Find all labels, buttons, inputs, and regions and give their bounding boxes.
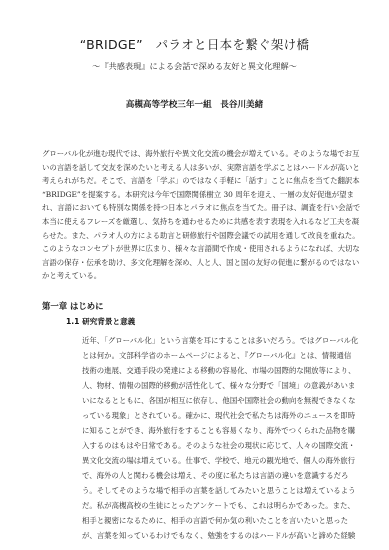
author-line: 高槻高等学校三年一組 長谷川美緒 bbox=[0, 98, 389, 110]
body-line: だ。私が高槻高校の生徒にとったアンケートでも、これは明らかであった。また、 bbox=[82, 498, 346, 513]
body-line: 人、物材、情報の国際的移動が活性化して、様々な分野で「国境」の意義があいま bbox=[82, 378, 346, 393]
body-line: 異文化交流の場は増えている。仕事で、学校で、地元の観光地で、個人の海外旅行 bbox=[82, 453, 346, 468]
chapter-heading: 第一章 はじめに bbox=[42, 300, 104, 312]
abstract-line: かと考えている。 bbox=[42, 269, 345, 283]
document-title: “BRIDGE” パラオと日本を繋ぐ架け橋 bbox=[0, 35, 389, 53]
section-heading: 1.1 研究背景と意義 bbox=[66, 316, 135, 327]
abstract-line: 考えられがちだ。そこで、言語を「学ぶ」のではなく手軽に「話す」ことに焦点を当てた… bbox=[42, 174, 345, 188]
body-line: とは何か。文部科学省のホームページによると、『グローバル化』とは、情報通信 bbox=[82, 348, 346, 363]
abstract-line: 言語の保存・伝承を助け、多文化理解を深め、人と人、国と国の友好の促進に繋がるので… bbox=[42, 256, 345, 270]
body-line: 技術の進展、交通手段の発達による移動の容易化、市場の国際的な開放等により、 bbox=[82, 363, 346, 378]
body-paragraph: 近年、「グローバル化」という言葉を耳にすることは多いだろう。ではグローバル化 と… bbox=[82, 333, 346, 543]
document-subtitle: ～『共感表現』による会話で深める友好と異文化理解～ bbox=[0, 61, 389, 72]
body-line: が、言葉を知っているわけでもなく、勉強をするのはハードルが高いと諦めた経験 bbox=[82, 528, 346, 543]
body-line: う。そしてそのような場で相手の言葉を話してみたいと思うことは増えているよう bbox=[82, 483, 346, 498]
body-line: で、海外の人と関わる機会は増え、その度に私たちは言語の違いを意識するだろ bbox=[82, 468, 346, 483]
abstract-line: このようなコンセプトが世界に広まり、様々な言語間で作成・使用されるようになれば、… bbox=[42, 242, 345, 256]
body-line: 近年、「グローバル化」という言葉を耳にすることは多いだろう。ではグローバル化 bbox=[82, 333, 346, 348]
body-line: いになるとともに、各国が相互に依存し、他国や国際社会の動向を無視できなくな bbox=[82, 393, 346, 408]
body-line: っている現象」とされている。確かに、現代社会で私たちは海外のニュースを即時 bbox=[82, 408, 346, 423]
abstract-line: “BRIDGE”を提案する。本研究は今年で国際関係樹立 30 周年を迎え、一層の… bbox=[42, 188, 345, 202]
abstract-paragraph: グローバル化が進む現代では、海外旅行や異文化交流の機会が増えている。そのような場… bbox=[42, 147, 345, 283]
body-line: 入するのはもはや日常である。そのような社会の現状に応じて、人々の国際交流・ bbox=[82, 438, 346, 453]
abstract-line: らせた。また、パラオ人の方による助言と研修旅行や国際会議での試用を通して改良を重… bbox=[42, 229, 345, 243]
body-line: 相手と親密になるために、相手の言語で何か気の利いたことを言いたいと思った bbox=[82, 513, 346, 528]
body-line: に知ることができ、海外旅行をすることも容易くなり、海外でつくられた品物を購 bbox=[82, 423, 346, 438]
abstract-line: 本当に使えるフレーズを厳選し、気持ちを通わせるために共感を表す表現を入れるなど工… bbox=[42, 215, 345, 229]
abstract-line: グローバル化が進む現代では、海外旅行や異文化交流の機会が増えている。そのような場… bbox=[42, 147, 345, 161]
document-page: “BRIDGE” パラオと日本を繋ぐ架け橋 ～『共感表現』による会話で深める友好… bbox=[0, 0, 389, 550]
abstract-line: れ、言語においても特別な関係を持つ日本とパラオに焦点を当てた。冊子は、調査を行い… bbox=[42, 201, 345, 215]
abstract-line: いの言語を話して交友を深めたいと考える人は多いが、実際言語を学ぶことはハードルが… bbox=[42, 161, 345, 175]
